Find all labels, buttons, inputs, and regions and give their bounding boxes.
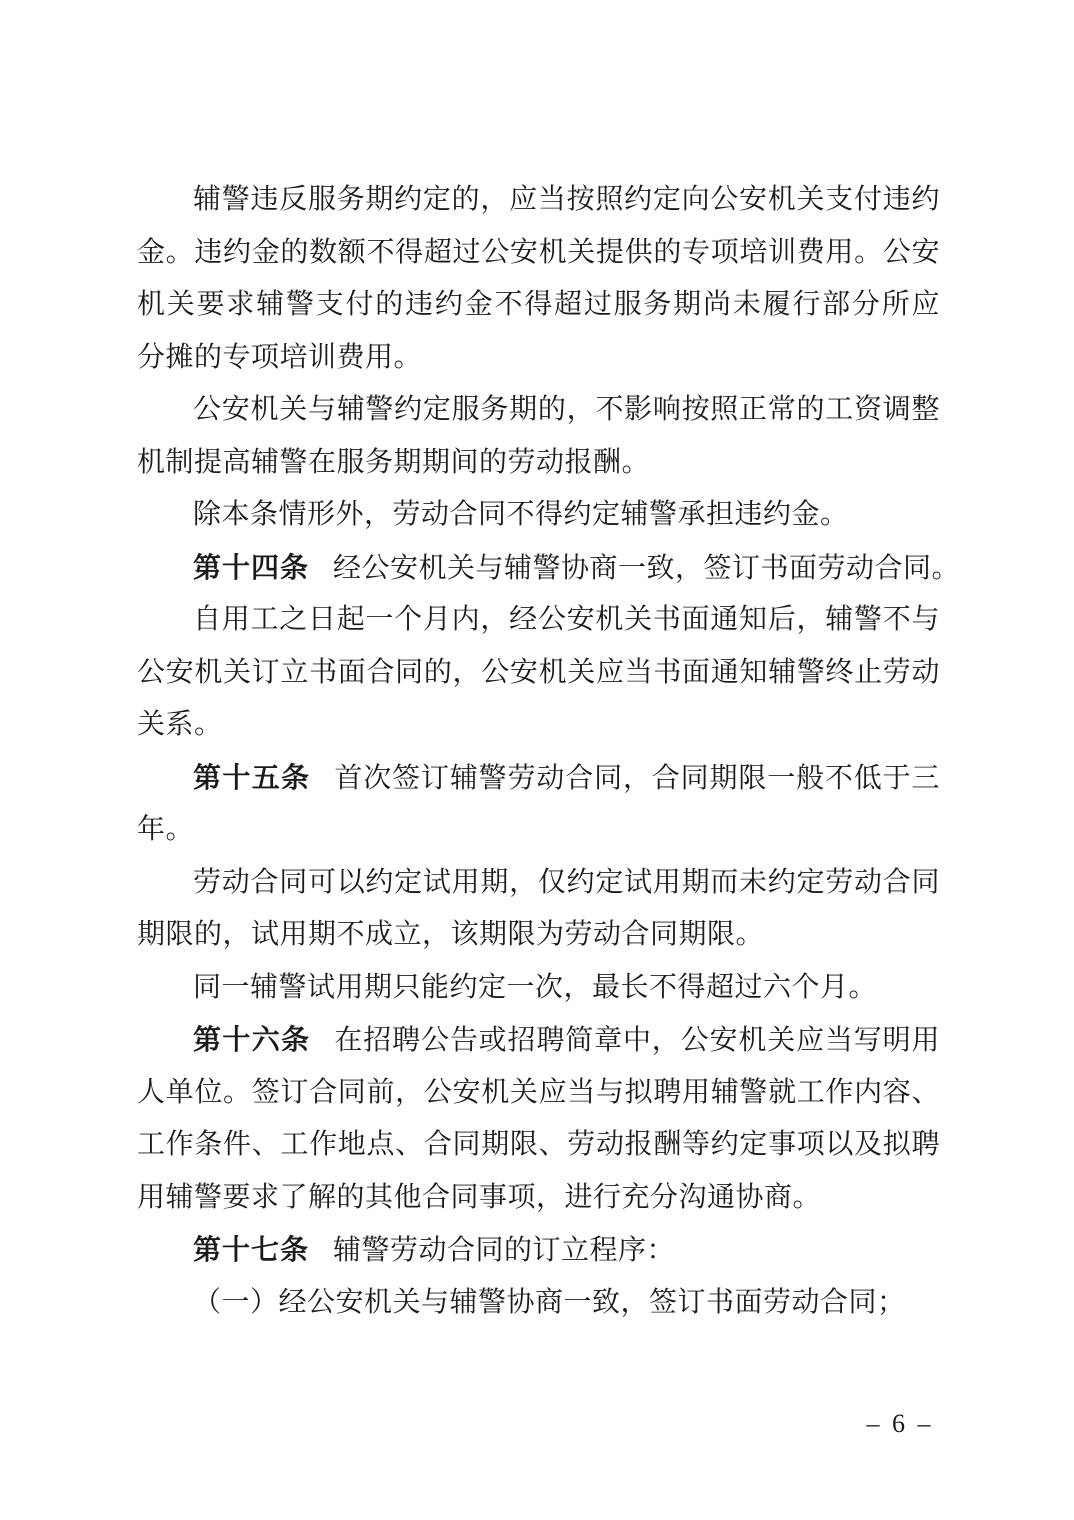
text-line: 用辅警要求了解的其他合同事项，进行充分沟通协商。 <box>137 1172 940 1225</box>
article-number: 第十七条 <box>193 1234 309 1265</box>
text-line: 期限的，试用期不成立，该期限为劳动合同期限。 <box>137 909 940 962</box>
article-text: 在招聘公告或招聘简章中，公安机关应当写明用 <box>334 1025 940 1056</box>
page-number: – 6 – <box>854 1406 946 1442</box>
article-heading-line: 第十五条首次签订辅警劳动合同，合同期限一般不低于三 <box>137 752 940 805</box>
article-heading-line: 第十六条在招聘公告或招聘简章中，公安机关应当写明用 <box>137 1014 940 1067</box>
text-line: 年。 <box>137 804 940 857</box>
text-line: 同一辅警试用期只能约定一次，最长不得超过六个月。 <box>137 962 940 1015</box>
article-number: 第十六条 <box>193 1024 310 1055</box>
text-line: 自用工之日起一个月内，经公安机关书面通知后，辅警不与 <box>137 594 940 647</box>
article-heading-line: 第十四条经公安机关与辅警协商一致，签订书面劳动合同。 <box>137 542 940 595</box>
article-text: 经公安机关与辅警协商一致，签订书面劳动合同。 <box>333 553 960 584</box>
article-number: 第十四条 <box>193 552 309 583</box>
text-line: （一）经公安机关与辅警协商一致，签订书面劳动合同； <box>137 1277 940 1330</box>
text-line: 工作条件、工作地点、合同期限、劳动报酬等约定事项以及拟聘 <box>137 1119 940 1172</box>
text-line: 公安机关与辅警约定服务期的，不影响按照正常的工资调整 <box>137 384 940 437</box>
text-line: 机关要求辅警支付的违约金不得超过服务期尚未履行部分所应 <box>137 279 940 332</box>
article-text: 辅警劳动合同的订立程序： <box>333 1235 675 1266</box>
text-line: 金。违约金的数额不得超过公安机关提供的专项培训费用。公安 <box>137 227 940 280</box>
text-line: 辅警违反服务期约定的，应当按照约定向公安机关支付违约 <box>137 174 940 227</box>
document-page: 辅警违反服务期约定的，应当按照约定向公安机关支付违约 金。违约金的数额不得超过公… <box>0 0 1074 1520</box>
text-line: 人单位。签订合同前，公安机关应当与拟聘用辅警就工作内容、 <box>137 1067 940 1120</box>
text-line: 机制提高辅警在服务期期间的劳动报酬。 <box>137 437 940 490</box>
document-body: 辅警违反服务期约定的，应当按照约定向公安机关支付违约 金。违约金的数额不得超过公… <box>137 174 940 1329</box>
article-text: 首次签订辅警劳动合同，合同期限一般不低于三 <box>334 763 940 794</box>
text-line: 除本条情形外，劳动合同不得约定辅警承担违约金。 <box>137 489 940 542</box>
text-line: 关系。 <box>137 699 940 752</box>
article-number: 第十五条 <box>193 762 310 793</box>
text-line: 分摊的专项培训费用。 <box>137 332 940 385</box>
article-heading-line: 第十七条辅警劳动合同的订立程序： <box>137 1224 940 1277</box>
text-line: 劳动合同可以约定试用期，仅约定试用期而未约定劳动合同 <box>137 857 940 910</box>
text-line: 公安机关订立书面合同的，公安机关应当书面通知辅警终止劳动 <box>137 647 940 700</box>
